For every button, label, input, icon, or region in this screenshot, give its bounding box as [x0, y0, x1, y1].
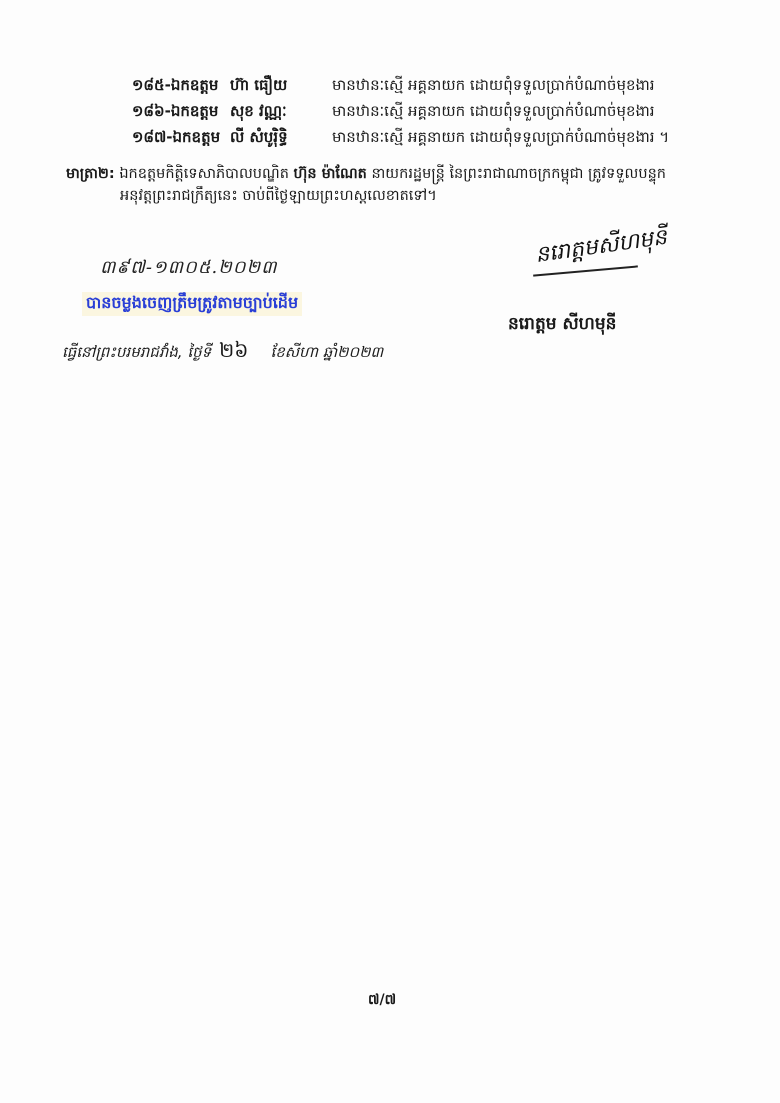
- article-2: មាត្រា២: ឯកឧត្តមកិត្តិទេសាភិបាលបណ្ឌិត ហ៊…: [66, 163, 686, 207]
- page-number: ៧/៧: [368, 990, 396, 1011]
- document-page: ១៨៥-ឯកឧត្តម ហ៊ា ធឿយ មានឋានៈស្មើ អគ្គនាយក…: [0, 0, 780, 1103]
- place-date-month-year: ខែសីហា ឆ្នាំ២០២៣: [270, 343, 383, 361]
- entry-description: មានឋានៈស្មើ អគ្គនាយក ដោយពុំទទួលប្រាក់បំណ…: [332, 75, 655, 95]
- place-date-line: ធ្វើនៅព្រះបរមរាជវាំង, ថ្ងៃទី២៦ខែសីហា ឆ្ន…: [62, 337, 383, 367]
- entry-description: មានឋានៈស្មើ អគ្គនាយក ដោយពុំទទួលប្រាក់បំណ…: [332, 101, 655, 121]
- entry-number: ១៨៦-ឯកឧត្តម: [132, 101, 218, 121]
- entry-name: សុខ វណ្ណៈ: [230, 101, 287, 121]
- article-bold-name: ហ៊ុន ម៉ាណែត: [294, 166, 367, 182]
- entry-number: ១៨៧-ឯកឧត្តម: [132, 127, 220, 147]
- article-line-2: អនុវត្តព្រះរាជក្រឹត្យនេះ ចាប់ពីថ្ងៃឡាយព្…: [66, 185, 686, 207]
- signatory-name: នរោត្តម សីហមុនី: [508, 313, 616, 338]
- entry-name: ហ៊ា ធឿយ: [230, 75, 287, 95]
- place-date-prefix: ធ្វើនៅព្រះបរមរាជវាំង, ថ្ងៃទី: [62, 343, 211, 361]
- place-date-day: ២៦: [219, 338, 248, 362]
- entry-description: មានឋានៈស្មើ អគ្គនាយក ដោយពុំទទួលប្រាក់បំណ…: [332, 127, 669, 147]
- article-label: មាត្រា២:: [66, 166, 115, 182]
- article-text-before: ឯកឧត្តមកិត្តិទេសាភិបាលបណ្ឌិត: [115, 166, 294, 182]
- article-text-after: នាយករដ្ឋមន្ត្រី នៃព្រះរាជាណាចក្រកម្ពុជា …: [367, 166, 666, 182]
- signature: នរោត្តមសីហមុនី: [533, 223, 669, 273]
- entry-name: លី សំបូរ៉ិទ្ធិ: [230, 127, 288, 147]
- handwritten-reference-number: ៣៩៧-១៣០៥.២០២៣: [100, 255, 278, 282]
- entry-number: ១៨៥-ឯកឧត្តម: [132, 75, 218, 95]
- certified-copy-stamp: បានចម្លងចេញត្រឹមត្រូវតាមច្បាប់ដើម: [82, 292, 302, 316]
